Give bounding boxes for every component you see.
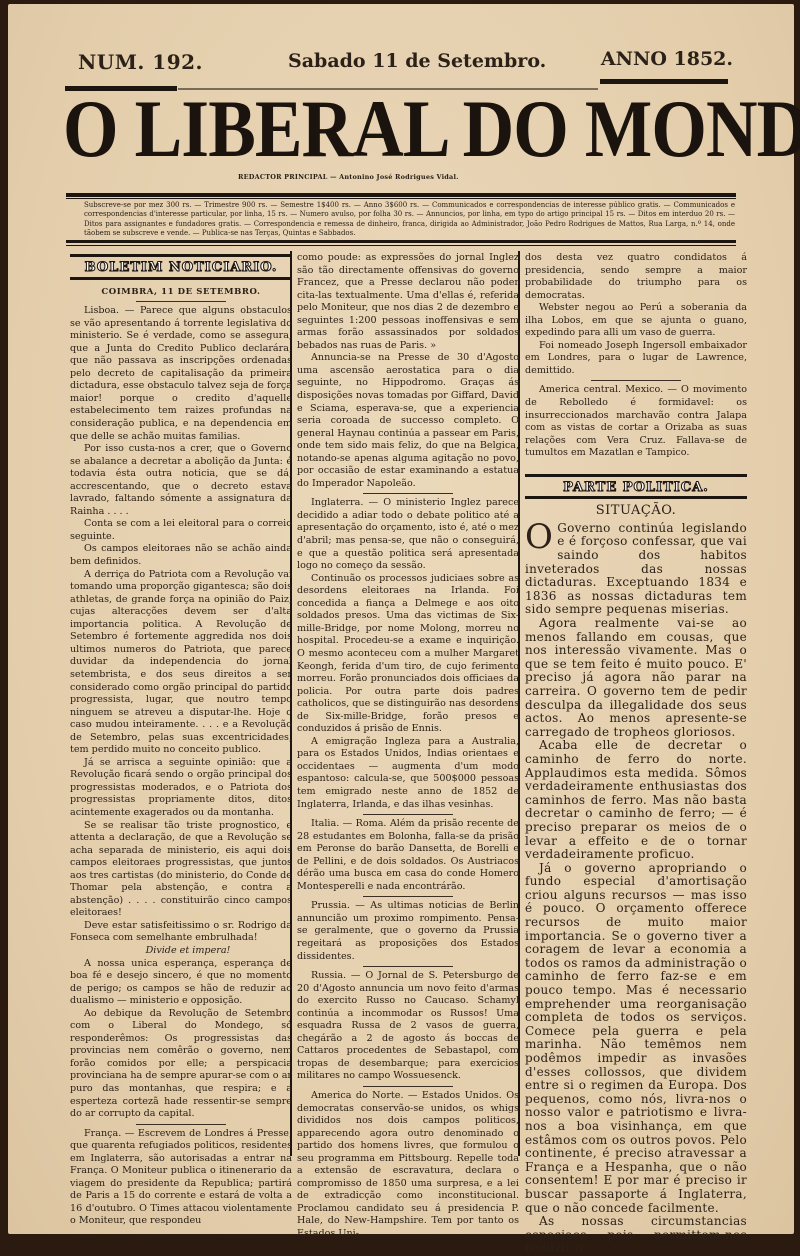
subscription-terms: Subscreve-se por mez 300 rs. — Trimestre…	[70, 201, 735, 238]
article-paragraph: Annuncia-se na Presse de 30 d'Agosto uma…	[297, 352, 519, 490]
section-title-boletim: BOLETIM NOTICIARIO.	[70, 259, 292, 275]
article-paragraph: dos desta vez quatro condidatos á presid…	[525, 252, 747, 302]
article-text: Governo continúa legislando e é forçoso …	[525, 521, 747, 617]
short-rule	[136, 1124, 226, 1125]
article-paragraph: como poude: as expressões do jornal Ingl…	[297, 252, 519, 352]
article-paragraph: A nossa unica esperança, esperança de bo…	[70, 958, 292, 1008]
short-rule	[363, 814, 453, 815]
article-paragraph: A emigração Ingleza para a Australia, pa…	[297, 736, 519, 811]
article-paragraph: Acaba elle de decretar o caminho de ferr…	[525, 739, 747, 861]
issue-year: ANNO 1852.	[601, 48, 733, 70]
article-paragraph: OGoverno continúa legislando e é forçoso…	[525, 522, 747, 617]
article-paragraph: Prussia. — As ultimas noticias de Berlin…	[297, 900, 519, 963]
section-rule-top	[525, 474, 747, 477]
masthead-rule-thick	[66, 193, 736, 197]
editorial-body: OGoverno continúa legislando e é forçoso…	[525, 522, 747, 1239]
short-rule	[136, 301, 226, 302]
column-3: dos desta vez quatro condidatos á presid…	[525, 252, 747, 1239]
section-rule-top	[70, 254, 292, 257]
issue-number: NUM. 192.	[78, 50, 203, 74]
masthead-title: O LIBERAL DO MONDEGO.	[63, 90, 651, 168]
article-paragraph: Inglaterra. — O ministerio Inglez parece…	[297, 497, 519, 572]
section-rule-bottom	[525, 496, 747, 499]
article-paragraph: A derriça do Patriota com a Revolução va…	[70, 569, 292, 757]
short-rule	[591, 380, 681, 381]
article-paragraph: Já se arrisca a seguinte opinião: que a …	[70, 757, 292, 820]
dateline: COIMBRA, 11 DE SETEMBRO.	[70, 286, 292, 299]
short-rule	[363, 1086, 453, 1087]
newspaper-page: NUM. 192. Sabado 11 de Setembro. ANNO 18…	[8, 4, 794, 1234]
article-paragraph: Agora realmente vai-se ao menos fallando…	[525, 617, 747, 739]
article-paragraph: Russia. — O Jornal de S. Petersburgo de …	[297, 970, 519, 1083]
subscription-rule-thin	[66, 245, 736, 246]
article-paragraph: Por isso custa-nos a crer, que o Governo…	[70, 443, 292, 518]
article-paragraph: America central. Mexico. — O movimento d…	[525, 384, 747, 459]
subscription-text: Subscreve-se por mez 300 rs. — Trimestre…	[70, 201, 735, 238]
article-paragraph: Já o governo apropriando o fundo especia…	[525, 862, 747, 1215]
article-paragraph: França. — Escrevem de Londres á Presse, …	[70, 1128, 292, 1228]
article-paragraph: Conta se com a lei eleitoral para o corr…	[70, 518, 292, 543]
column-2: como poude: as expressões do jornal Ingl…	[297, 252, 519, 1239]
article-paragraph: Se se realisar tão triste prognostico, e…	[70, 820, 292, 920]
article-paragraph: Lisboa. — Parece que alguns obstaculos s…	[70, 305, 292, 443]
issue-header: NUM. 192. Sabado 11 de Setembro. ANNO 18…	[68, 48, 733, 76]
column-1: BOLETIM NOTICIARIO. COIMBRA, 11 DE SETEM…	[70, 252, 292, 1228]
short-rule	[363, 493, 453, 494]
short-rule	[363, 966, 453, 967]
editor-line: REDACTOR PRINCIPAL — Antonino José Rodri…	[238, 173, 459, 181]
article-paragraph: Italia. — Roma. Além da prisão recente d…	[297, 818, 519, 893]
motto: Divide et impera!	[70, 945, 292, 958]
article-paragraph: Deve estar satisfeitissimo o sr. Rodrigo…	[70, 920, 292, 945]
article-paragraph: As nossas circumstancias especiaes pois …	[525, 1215, 747, 1239]
article-title: SITUAÇÃO.	[525, 505, 747, 518]
article-paragraph: Ao debique da Revolução de Setembro com …	[70, 1008, 292, 1121]
article-paragraph: America do Norte. — Estados Unidos. Os d…	[297, 1090, 519, 1239]
drop-cap: O	[525, 523, 553, 551]
short-rule	[363, 896, 453, 897]
issue-date: Sabado 11 de Setembro.	[288, 50, 546, 72]
article-paragraph: Webster negou ao Perú a soberania da ilh…	[525, 302, 747, 340]
article-paragraph: Continuão os processos judiciaes sobre a…	[297, 573, 519, 736]
masthead-rule-thin	[66, 198, 736, 199]
article-paragraph: Os campos eleitoraes não se achão ainda …	[70, 543, 292, 568]
section-rule-bottom	[70, 277, 292, 280]
section-title-parte-politica: PARTE POLITICA.	[525, 479, 747, 495]
article-paragraph: Foi nomeado Joseph Ingersoll embaixador …	[525, 340, 747, 378]
subscription-rule-thick	[66, 240, 736, 243]
